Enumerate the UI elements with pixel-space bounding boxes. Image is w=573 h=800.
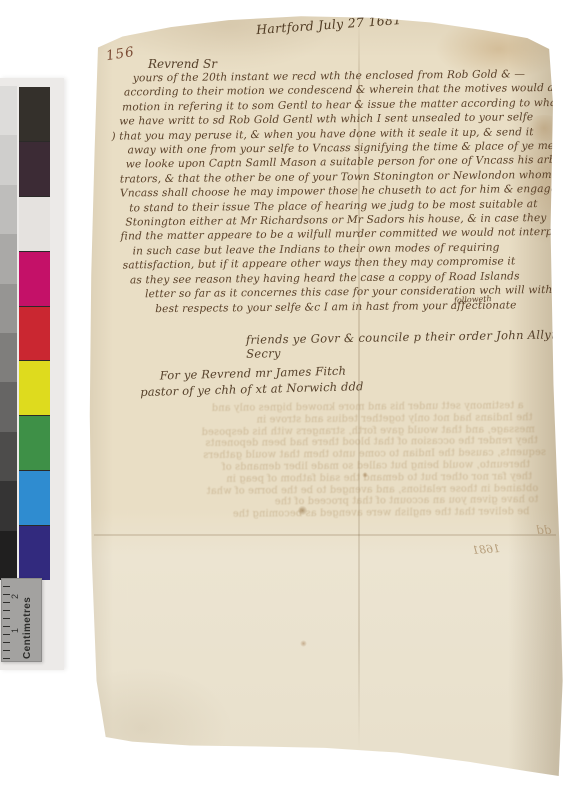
- grayscale-step: [0, 333, 17, 382]
- ruler-label: Centimetres: [22, 581, 33, 659]
- color-patch: [19, 87, 50, 141]
- color-patch: [19, 526, 50, 580]
- ruler-number-1: 1: [10, 628, 20, 633]
- color-patch: [19, 361, 50, 415]
- showthrough-line: be deliver that the english were avenged…: [94, 506, 529, 522]
- folio-number: 156: [105, 44, 136, 64]
- grayscale-step: [0, 481, 17, 530]
- color-patch: [19, 471, 50, 525]
- ruler-tick-marks: [3, 581, 10, 659]
- photograph-of-manuscript: 1 2 Centimetres 156 Hartford July 27 168…: [0, 0, 573, 800]
- grayscale-step: [0, 135, 17, 184]
- grayscale-calibration-strip: [0, 86, 17, 580]
- color-patch: [19, 252, 50, 306]
- color-calibration-strip: [19, 87, 50, 580]
- letter-body: yours of the 20th instant we recd wth th…: [119, 67, 573, 317]
- ruler-numbers: 1 2: [10, 581, 21, 659]
- grayscale-step: [0, 234, 17, 283]
- grayscale-step: [0, 86, 17, 135]
- color-patch: [19, 307, 50, 361]
- signature-line: friends ye Govr & councile p their order…: [246, 327, 566, 361]
- showthrough-flourish: dd: [536, 523, 551, 537]
- grayscale-step: [0, 432, 17, 481]
- color-patch: [19, 416, 50, 470]
- verso-showthrough-text: a testimony sett under his and more know…: [93, 400, 538, 522]
- grayscale-step: [0, 185, 17, 234]
- grayscale-step: [0, 531, 17, 580]
- ruler-rotated-face: 1 2 Centimetres: [1, 578, 42, 662]
- horizontal-fold-crease: [94, 534, 557, 536]
- grayscale-step: [0, 382, 17, 431]
- address-block: For ye Revrend mr James Fitchpastor of y…: [146, 362, 364, 400]
- manuscript-page: 156 Hartford July 27 1681 Revrend Sr you…: [84, 10, 566, 790]
- centimetre-ruler: 1 2 Centimetres: [1, 578, 42, 662]
- dateline: Hartford July 27 1681: [256, 12, 402, 37]
- color-patch: [19, 197, 50, 251]
- grayscale-step: [0, 284, 17, 333]
- salutation: Revrend Sr: [148, 57, 217, 71]
- showthrough-date-mark: 1681: [472, 542, 501, 557]
- ruler-number-2: 2: [10, 594, 20, 599]
- ink-stain: [300, 640, 307, 647]
- color-patch: [19, 142, 50, 196]
